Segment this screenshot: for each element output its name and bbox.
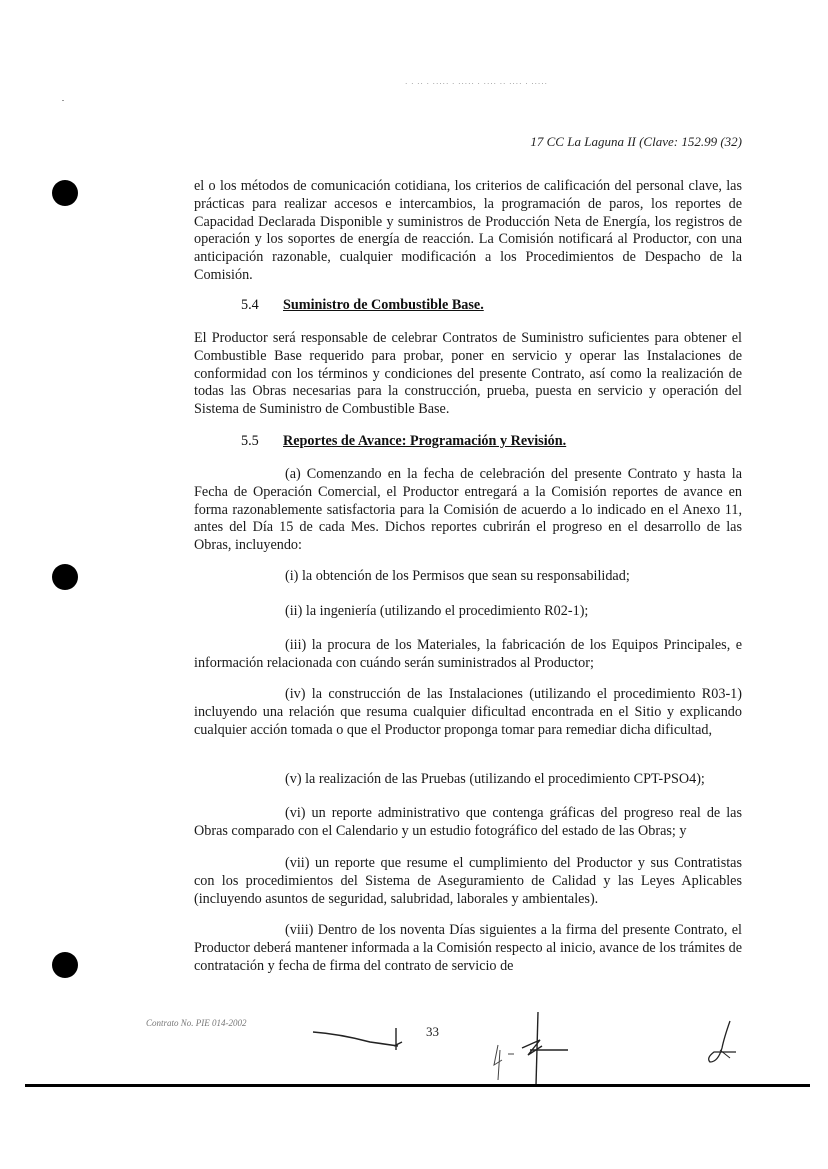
list-item-iii: (iii) la procura de los Materiales, la f… — [194, 637, 742, 673]
signature-2-icon — [478, 1010, 568, 1090]
footer-contract-code: Contrato No. PIE 014-2002 — [146, 1018, 247, 1028]
paragraph-5-5-a: (a) Comenzando en la fecha de celebració… — [194, 466, 742, 555]
hole-punch-icon — [52, 180, 78, 206]
list-item-v: (v) la realización de las Pruebas (utili… — [285, 771, 705, 788]
list-item-vi: (vi) un reporte administrativo que conte… — [194, 805, 742, 841]
list-item-vii: (vii) un reporte que resume el cumplimie… — [194, 855, 742, 908]
signature-3-icon — [700, 1018, 760, 1068]
list-item-viii: (viii) Dentro de los noventa Días siguie… — [194, 922, 742, 975]
section-number: 5.5 — [241, 433, 283, 450]
page-number: 33 — [426, 1024, 439, 1040]
page-bottom-rule — [25, 1084, 810, 1087]
header-reference: 17 CC La Laguna II (Clave: 152.99 (32) — [530, 134, 742, 150]
scan-noise: · · ·· · ····· · ····· · ···· ·· ···· · … — [405, 80, 548, 88]
hole-punch-icon — [52, 564, 78, 590]
section-heading-5-5: 5.5Reportes de Avance: Programación y Re… — [241, 433, 566, 450]
section-heading-5-4: 5.4Suministro de Combustible Base. — [241, 297, 484, 314]
list-item-iv: (iv) la construcción de las Instalacione… — [194, 686, 742, 739]
hole-punch-icon — [52, 952, 78, 978]
section-title: Reportes de Avance: Programación y Revis… — [283, 433, 566, 449]
list-item-i: (i) la obtención de los Permisos que sea… — [285, 568, 630, 585]
signature-1-icon — [310, 1020, 410, 1060]
section-title: Suministro de Combustible Base. — [283, 297, 484, 313]
list-item-ii: (ii) la ingeniería (utilizando el proced… — [285, 603, 588, 620]
section-number: 5.4 — [241, 297, 283, 314]
paragraph-intro: el o los métodos de comunicación cotidia… — [194, 178, 742, 285]
scan-speck — [62, 100, 64, 101]
paragraph-5-4-body: El Productor será responsable de celebra… — [194, 330, 742, 419]
